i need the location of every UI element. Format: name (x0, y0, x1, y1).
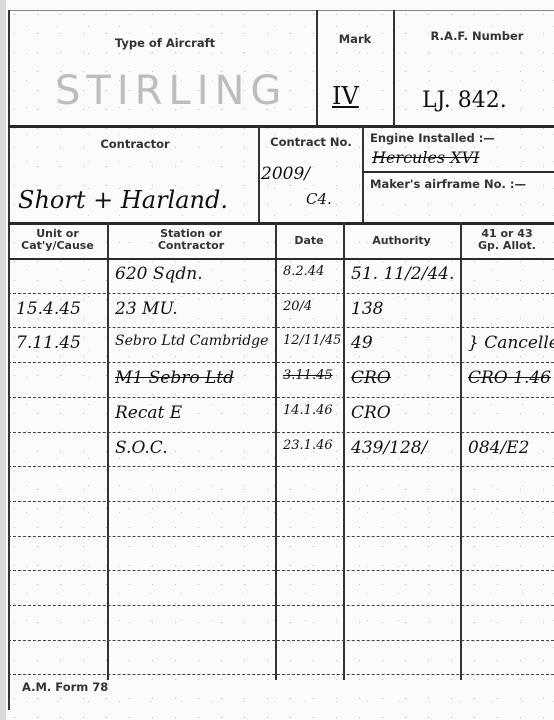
cell-authority: 51. 11/2/44. (351, 264, 454, 284)
cell-date: 3.11.45 (283, 368, 333, 383)
row-divider (8, 327, 554, 328)
cell-date: 12/11/45 (283, 333, 341, 348)
cell-gp: CRO 1.46 (468, 368, 551, 388)
row-divider (8, 466, 554, 467)
column-header-station: Contractor (107, 239, 275, 252)
row-divider (8, 536, 554, 537)
contract-no-value-top: 2009/ (261, 164, 310, 184)
cell-date: 8.2.44 (283, 264, 324, 279)
cell-station: S.O.C. (115, 438, 168, 458)
record-card: Type of Aircraft STIRLING Mark IV R.A.F.… (0, 0, 554, 720)
scan-edge (0, 0, 6, 720)
column-divider (107, 222, 109, 680)
cell-authority: CRO (351, 368, 391, 388)
makers-airframe-label: Maker's airframe No. :— (370, 178, 526, 191)
row-divider (8, 640, 554, 641)
cell-station: 620 Sqdn. (115, 264, 203, 284)
row-divider (8, 570, 554, 571)
column-divider (343, 222, 345, 680)
cell-date: 20/4 (283, 299, 312, 314)
contract-no-value-bottom: C4. (306, 190, 332, 208)
row-divider (8, 432, 554, 433)
cell-station: Recat E (115, 403, 182, 423)
type-of-aircraft-label: Type of Aircraft (100, 37, 230, 50)
contractor-value: Short + Harland. (18, 186, 228, 214)
engine-divider (362, 171, 554, 173)
divider-engine (362, 127, 364, 222)
divider-raf (393, 10, 395, 125)
column-header-unit: Cat'y/Cause (8, 239, 107, 252)
raf-number-label: R.A.F. Number (412, 30, 542, 43)
raf-number-value: LJ. 842. (422, 88, 507, 113)
column-header-date: Date (275, 234, 343, 247)
cell-authority: 138 (351, 299, 383, 319)
form-number: A.M. Form 78 (22, 681, 108, 694)
cell-unit: 7.11.45 (16, 333, 81, 353)
mark-value: IV (332, 82, 359, 110)
row-divider (8, 293, 554, 294)
cell-station: Sebro Ltd Cambridge (115, 333, 268, 349)
column-divider (460, 222, 462, 680)
row-divider (8, 397, 554, 398)
column-header-authority: Authority (343, 234, 460, 247)
column-divider (275, 222, 277, 680)
engine-installed-label: Engine Installed :— (370, 132, 495, 145)
type-of-aircraft-value: STIRLING (55, 68, 287, 114)
cell-gp: } Cancelled (468, 333, 554, 353)
mark-label: Mark (330, 33, 380, 46)
cell-authority: 49 (351, 333, 373, 353)
header-divider (8, 258, 554, 260)
cell-date: 23.1.46 (283, 438, 333, 453)
cell-station: 23 MU. (115, 299, 178, 319)
engine-installed-value: Hercules XVI (372, 148, 479, 167)
cell-station: M1 Sebro Ltd (115, 368, 234, 388)
cell-authority: 439/128/ (351, 438, 427, 458)
cell-authority: CRO (351, 403, 391, 423)
section-divider-2 (8, 222, 554, 225)
contract-no-label: Contract No. (261, 136, 361, 149)
row-divider (8, 605, 554, 606)
row-divider (8, 501, 554, 502)
row-divider (8, 674, 554, 675)
column-header-gp: Gp. Allot. (460, 239, 554, 252)
cell-unit: 15.4.45 (16, 299, 81, 319)
row-divider (8, 362, 554, 363)
section-divider (8, 125, 554, 128)
cell-gp: 084/E2 (468, 438, 529, 458)
cell-date: 14.1.46 (283, 403, 333, 418)
contractor-label: Contractor (60, 138, 210, 151)
divider-contract (258, 127, 260, 222)
divider-mark (316, 10, 318, 125)
frame-top (8, 10, 554, 11)
